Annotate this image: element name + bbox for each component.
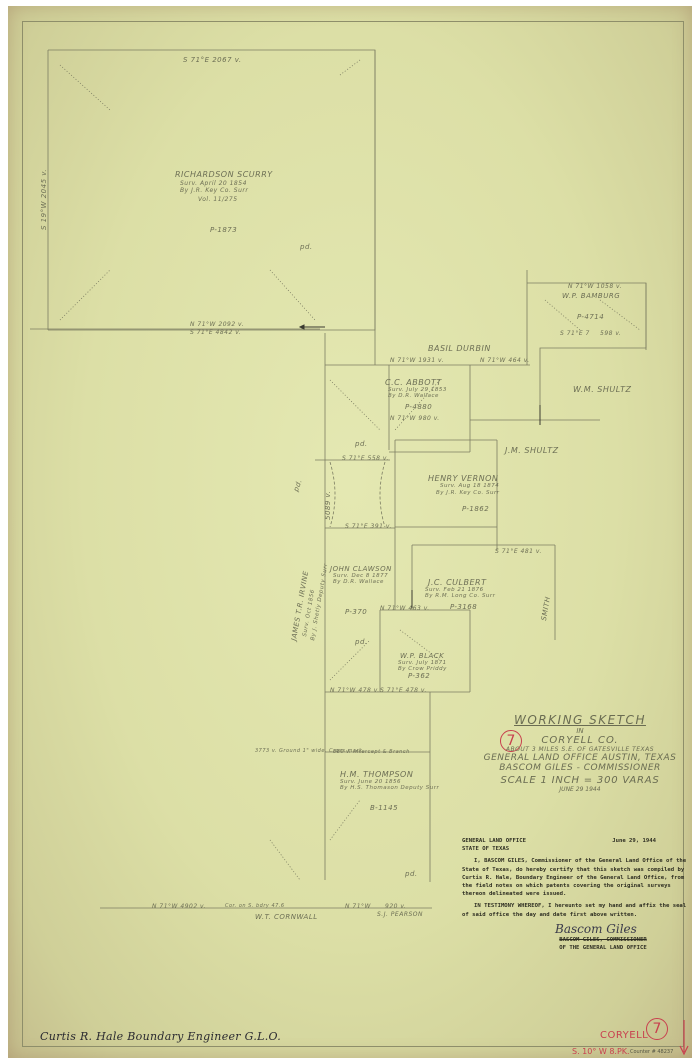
patent-label: P-370 xyxy=(345,608,367,616)
call-clawson-top: S 71°E 558 v. xyxy=(342,455,389,462)
survey-label-sj-pearson: S.J. PEARSON xyxy=(377,911,423,918)
cert-paragraph-1: I, BASCOM GILES, Commissioner of the Gen… xyxy=(462,857,692,898)
title-scale: SCALE 1 INCH = 300 VARAS xyxy=(480,775,680,786)
patent-label: P-4714 xyxy=(577,313,604,321)
survey-label-hm-thompson: H.M. THOMPSON xyxy=(340,770,413,779)
survey-note: Surv. April 20 1854 xyxy=(180,180,247,187)
call-bamburg-top: N 71°W 1058 v. xyxy=(568,283,622,290)
survey-note: By J.R. Key Co. Surr xyxy=(180,187,248,194)
title-commissioner: BASCOM GILES - COMMISSIONER xyxy=(480,763,680,773)
survey-label-henry-vernon: HENRY VERNON xyxy=(428,474,498,483)
cert-paragraph-2: IN TESTIMONY WHEREOF, I hereunto set my … xyxy=(462,902,692,918)
survey-label-john-clawson: JOHN CLAWSON xyxy=(330,565,392,573)
certificate-block: GENERAL LAND OFFICE June 29, 1944 STATE … xyxy=(462,837,692,919)
survey-note: By R.M. Long Co. Surr xyxy=(425,593,495,599)
signer-line-1: BASCOM GILES, COMMISSIONER xyxy=(548,936,658,944)
survey-note: By H.S. Thomason Deputy Surr xyxy=(340,785,439,791)
survey-note: Vol. 11/275 xyxy=(198,196,238,203)
call-durbin: N 71°W 1931 v. xyxy=(390,357,444,364)
title-heading: WORKING SKETCH xyxy=(480,713,680,727)
call-top: S 71°E 2067 v. xyxy=(183,56,242,64)
survey-note: By D.R. Wallace xyxy=(333,579,384,585)
survey-note: Surv. Aug 18 1874 xyxy=(440,483,499,489)
pd-mark: pd. xyxy=(405,870,418,878)
stamp-counter: Counter # 48237 xyxy=(630,1049,673,1055)
survey-label-wp-black: W.P. BLACK xyxy=(400,652,444,660)
call-west: S 19°W 2045 v. xyxy=(40,169,48,230)
survey-label-wm-shultz: W.M. SHULTZ xyxy=(573,385,632,394)
patent-label: P-3168 xyxy=(450,603,477,611)
signer-line-2: OF THE GENERAL LAND OFFICE xyxy=(548,944,658,952)
survey-note: By J.R. Key Co. Surr xyxy=(436,490,499,496)
pd-mark: pd. xyxy=(355,638,368,646)
survey-label-richardson-scurry: RICHARDSON SCURRY xyxy=(175,170,273,179)
survey-label-jm-shultz: J.M. SHULTZ xyxy=(505,446,559,455)
call-clawson-bottom: S 71°E 391 v. xyxy=(345,523,392,530)
title-in: IN xyxy=(480,727,680,735)
commissioner-signature: Bascom Giles xyxy=(555,922,637,936)
thompson-note-2: 880 v. Intercept & Branch xyxy=(333,749,410,755)
patent-label: P-1862 xyxy=(462,505,489,513)
stamp-reference: S. 10° W 8.PK. xyxy=(572,1047,630,1056)
call-black-bottom: S 71°E 478 v. xyxy=(380,687,427,694)
title-date: JUNE 29 1944 xyxy=(480,786,680,793)
call-bottom-right-2: 920 v. xyxy=(385,903,406,910)
cert-header-left-1: GENERAL LAND OFFICE xyxy=(462,837,526,845)
patent-label: P-362 xyxy=(408,672,430,680)
pd-mark: pd. xyxy=(355,440,368,448)
survey-label-cc-abbott: C.C. ABBOTT xyxy=(385,378,442,387)
call-bottom-mid: Cor. on S. bdry 47.6 xyxy=(225,903,285,909)
call-bamburg-bottom-2: 598 v. xyxy=(600,330,621,337)
survey-label-wt-cornwall: W.T. CORNWALL xyxy=(255,913,318,921)
patent-label: P-1873 xyxy=(210,226,237,234)
call-culbert-top: S 71°E 481 v. xyxy=(495,548,542,555)
title-location: ABOUT 3 MILES S.E. OF GATESVILLE TEXAS xyxy=(480,746,680,753)
cert-header-right: June 29, 1944 xyxy=(612,837,656,845)
call-bottom-right: N 71°W xyxy=(345,903,371,910)
title-block: WORKING SKETCH IN CORYELL CO. ABOUT 3 MI… xyxy=(480,713,680,793)
commissioner-signer: BASCOM GILES, COMMISSIONER OF THE GENERA… xyxy=(548,936,658,952)
call-black-top: N 71°W 463 v. xyxy=(380,605,430,612)
call-durbin-right: N 71°W 464 v. xyxy=(480,357,530,364)
call-bamburg-bottom: S 71°E 7 xyxy=(560,330,590,337)
title-office: GENERAL LAND OFFICE AUSTIN, TEXAS xyxy=(480,753,680,763)
call-irvine-east: 5089 v. xyxy=(324,491,332,520)
call-bottom-left: N 71°W 4902 v. xyxy=(152,903,206,910)
call-mid-left-1: N 71°W 2092 v. xyxy=(190,321,244,328)
stamp-county: CORYELL xyxy=(600,1030,648,1041)
patent-label: P-4880 xyxy=(405,403,432,411)
call-mid-left-2: S 71°E 4842 v. xyxy=(190,329,241,336)
engineer-signature: Curtis R. Hale Boundary Engineer G.L.O. xyxy=(40,1030,281,1043)
stamp-number-circle: 7 xyxy=(646,1018,668,1040)
title-county: CORYELL CO. xyxy=(480,735,680,746)
call-black-left: N 71°W 478 v. xyxy=(330,687,380,694)
patent-label: B-1145 xyxy=(370,804,398,812)
pd-mark: pd. xyxy=(300,243,313,251)
survey-label-jc-culbert: J.C. CULBERT xyxy=(428,578,486,587)
survey-label-basil-durbin: BASIL DURBIN xyxy=(428,344,491,353)
call-abbott-south: N 71°W 980 v. xyxy=(390,415,440,422)
survey-note: By D.R. Wallace xyxy=(388,393,439,399)
survey-label-bamburg: W.P. BAMBURG xyxy=(562,292,620,300)
cert-header-left-2: STATE OF TEXAS xyxy=(462,845,692,853)
